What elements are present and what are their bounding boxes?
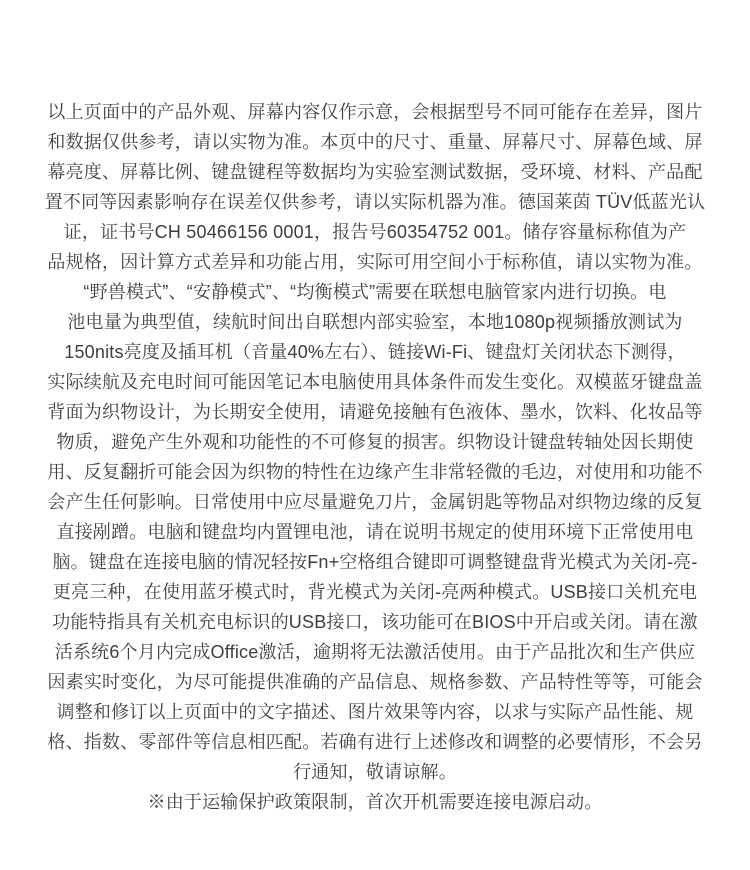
disclaimer-line: 因素实时变化，为尽可能提供准确的产品信息、规格参数、产品特性等等，可能会 [35,667,715,697]
disclaimer-line: 活系统6个月内完成Office激活，逾期将无法激活使用。由于产品批次和生产供应 [35,637,715,667]
disclaimer-line: 直接剐蹭。电脑和键盘均内置锂电池，请在说明书规定的使用环境下正常使用电 [35,517,715,547]
disclaimer-line: 行通知，敬请谅解。 [35,757,715,787]
disclaimer-line: 池电量为典型值，续航时间出自联想内部实验室，本地1080p视频播放测试为 [35,307,715,337]
disclaimer-line: 以上页面中的产品外观、屏幕内容仅作示意，会根据型号不同可能存在差异，图片 [35,97,715,127]
disclaimer-line: 脑。键盘在连接电脑的情况轻按Fn+空格组合键即可调整键盘背光模式为关闭-亮- [35,547,715,577]
disclaimer-text-block: 以上页面中的产品外观、屏幕内容仅作示意，会根据型号不同可能存在差异，图片和数据仅… [35,97,715,787]
disclaimer-line: 调整和修订以上页面中的文字描述、图片效果等内容，以求与实际产品性能、规 [35,697,715,727]
shipping-protection-note: ※由于运输保护政策限制，首次开机需要连接电源启动。 [35,787,715,817]
disclaimer-line: 150nits亮度及插耳机（音量40%左右）、链接Wi-Fi、键盘灯关闭状态下测… [35,337,715,367]
disclaimer-line: 实际续航及充电时间可能因笔记本电脑使用具体条件而发生变化。双模蓝牙键盘盖 [35,367,715,397]
disclaimer-line: 置不同等因素影响存在误差仅供参考，请以实际机器为准。德国莱茵 TÜV低蓝光认 [35,187,715,217]
disclaimer-line: 更亮三种，在使用蓝牙模式时，背光模式为关闭-亮两种模式。USB接口关机充电 [35,577,715,607]
disclaimer-line: 品规格，因计算方式差异和功能占用，实际可用空间小于标称值，请以实物为准。 [35,247,715,277]
disclaimer-line: 和数据仅供参考，请以实物为准。本页中的尺寸、重量、屏幕尺寸、屏幕色域、屏 [35,127,715,157]
disclaimer-line: 背面为织物设计，为长期安全使用，请避免接触有色液体、墨水，饮料、化妆品等 [35,397,715,427]
disclaimer-line: 证，证书号CH 50466156 0001，报告号60354752 001。储存… [35,217,715,247]
disclaimer-line: 幕亮度、屏幕比例、键盘键程等数据均为实验室测试数据，受环境、材料、产品配 [35,157,715,187]
disclaimer-page: 以上页面中的产品外观、屏幕内容仅作示意，会根据型号不同可能存在差异，图片和数据仅… [0,0,750,870]
disclaimer-line: 格、指数、零部件等信息相匹配。若确有进行上述修改和调整的必要情形，不会另 [35,727,715,757]
disclaimer-line: “野兽模式”、“安静模式”、“均衡模式”需要在联想电脑管家内进行切换。电 [35,277,715,307]
disclaimer-line: 用、反复翻折可能会因为织物的特性在边缘产生非常轻微的毛边，对使用和功能不 [35,457,715,487]
disclaimer-line: 物质，避免产生外观和功能性的不可修复的损害。织物设计键盘转轴处因长期使 [35,427,715,457]
disclaimer-line: 功能特指具有关机充电标识的USB接口，该功能可在BIOS中开启或关闭。请在激 [35,607,715,637]
disclaimer-line: 会产生任何影响。日常使用中应尽量避免刀片，金属钥匙等物品对织物边缘的反复 [35,487,715,517]
